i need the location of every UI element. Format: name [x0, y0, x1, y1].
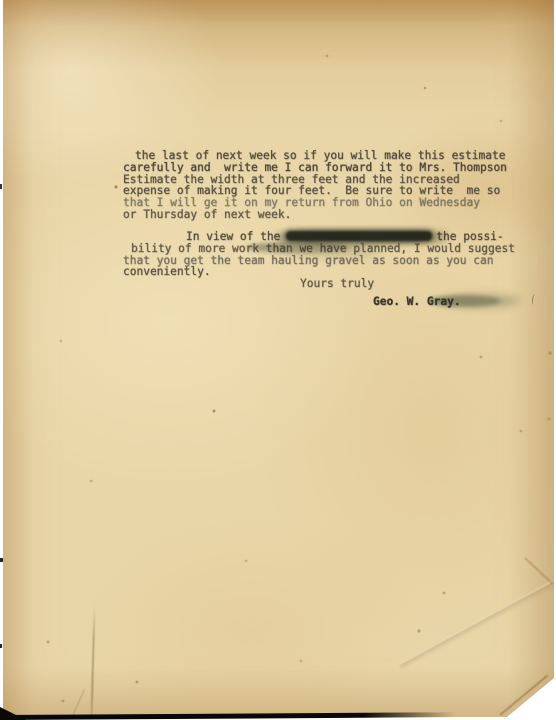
letter-paragraph-2: In view of thethe possi- bility of more …	[123, 231, 515, 278]
letter-line: the last of next week so if you will mak…	[123, 150, 507, 162]
scan-edge-tick	[0, 558, 3, 562]
letter-paper: the last of next week so if you will mak…	[3, 0, 554, 717]
paper-scratch	[91, 606, 95, 718]
letter-closing: Yours truly	[300, 278, 374, 290]
scan-edge-tick	[0, 644, 2, 648]
pen-mark	[531, 294, 537, 306]
letter-line: or Thursday of next week.	[123, 209, 507, 221]
scanned-letter: the last of next week so if you will mak…	[0, 0, 556, 720]
foxing-specks	[3, 0, 5, 2]
letter-line: carefully and write me I can forward it …	[123, 162, 507, 174]
folded-corner-edge	[499, 675, 548, 716]
scan-edge-tick	[0, 184, 2, 189]
ink-blot	[286, 231, 432, 241]
paper-crease	[400, 581, 554, 666]
ink-smudge	[246, 242, 351, 253]
letter-paragraph-1: the last of next week so if you will mak…	[123, 150, 507, 221]
paper-crease-fork	[524, 557, 553, 584]
ink-smudge-signature	[429, 295, 501, 307]
